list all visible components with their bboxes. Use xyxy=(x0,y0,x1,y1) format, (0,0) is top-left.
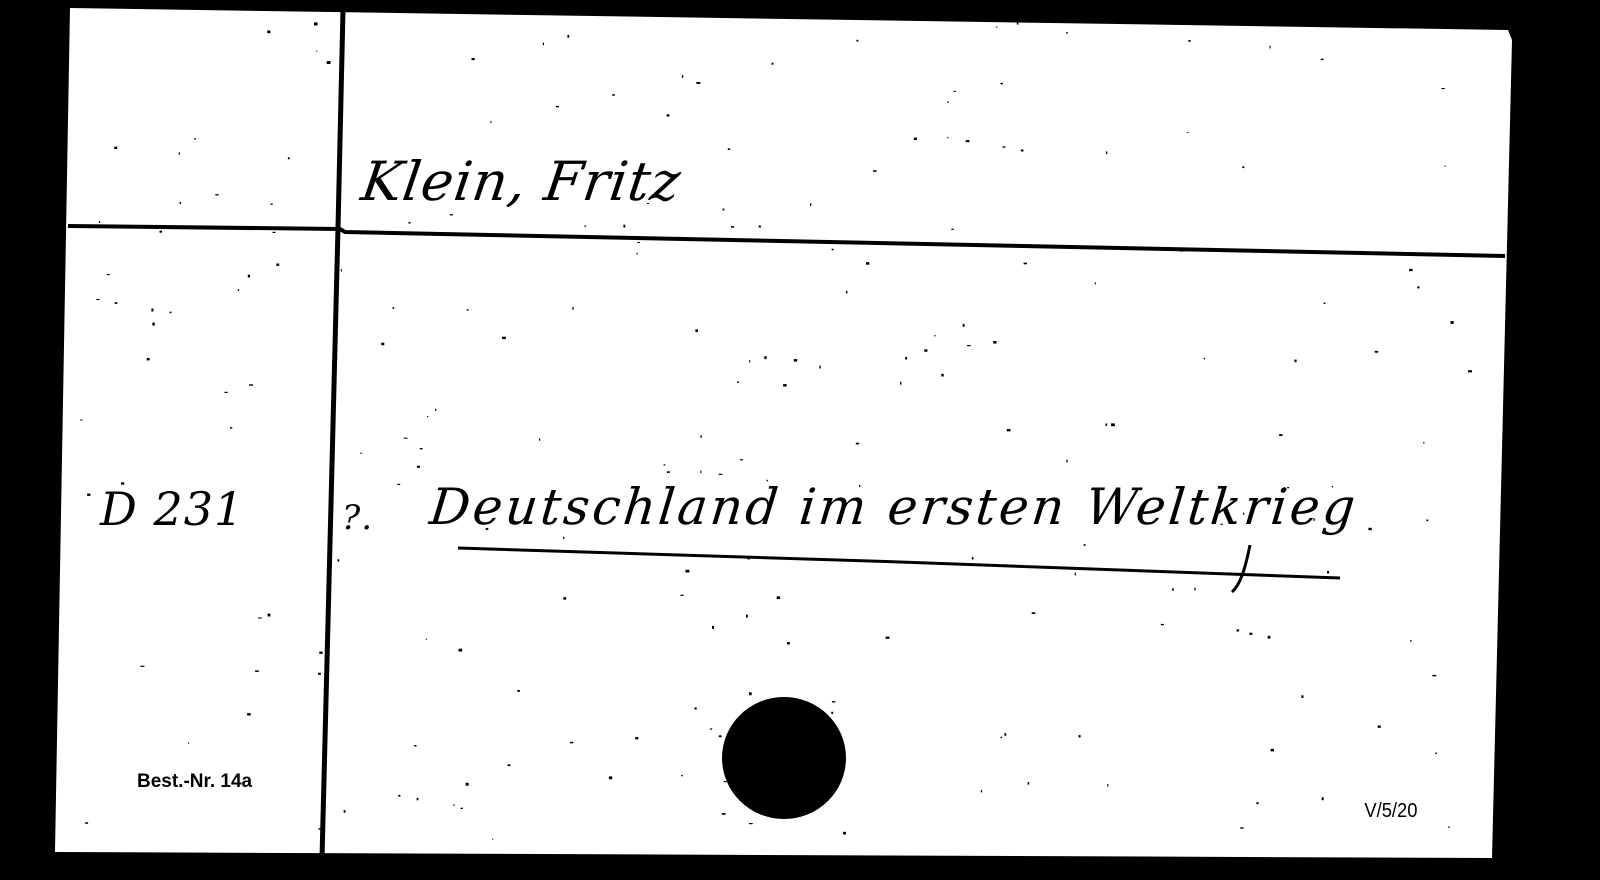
form-code: V/5/20 xyxy=(1364,800,1417,823)
punch-hole-icon xyxy=(722,697,846,819)
person-name: Klein, Fritz xyxy=(358,150,686,213)
call-number: D 231 xyxy=(100,482,244,536)
form-number: Best.-Nr. 14a xyxy=(137,771,252,793)
index-card xyxy=(0,0,1600,880)
entry-title: Deutschland im ersten Weltkrieg xyxy=(427,478,1361,536)
entry-prefix: ?. xyxy=(342,498,373,538)
